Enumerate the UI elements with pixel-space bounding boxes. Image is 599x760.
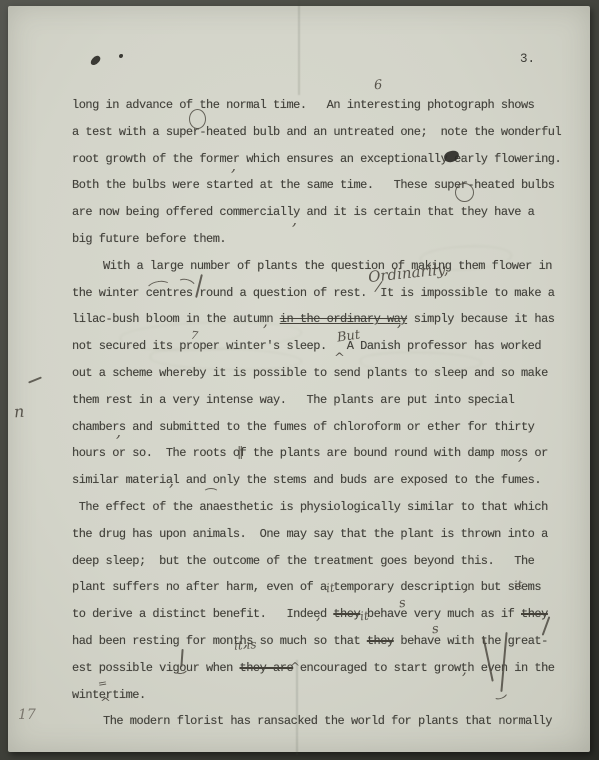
typed-text: behave with the great- <box>394 634 548 648</box>
typed-text: long in advance of the normal time. An i… <box>72 98 534 112</box>
typed-text: simply because it has <box>407 312 554 326</box>
typed-text: the winter centres round a question of r… <box>72 286 554 300</box>
typed-line: lilac-bush bloom in the autumn in the or… <box>72 306 592 333</box>
typed-text: out a scheme whereby it is possible to s… <box>72 366 548 380</box>
typed-line: Both the bulbs were started at the same … <box>72 172 592 199</box>
typed-line: wintertime. <box>72 682 592 709</box>
typed-line: With a large number of plants the questi… <box>72 253 592 280</box>
struck-text: they <box>367 634 394 648</box>
typed-line: the drug has upon animals. One may say t… <box>72 521 592 548</box>
typed-text: lilac-bush bloom in the autumn <box>72 312 280 326</box>
typed-text: to derive a distinct benefit. Indeed <box>72 607 333 621</box>
typed-line: them rest in a very intense way. The pla… <box>72 387 592 414</box>
typed-text: a test with a super-heated bulb and an u… <box>72 125 561 139</box>
typed-line: to derive a distinct benefit. Indeed the… <box>72 601 592 628</box>
typed-text: hours or so. The roots of the plants are… <box>72 446 548 460</box>
typed-line: chambers and submitted to the fumes of c… <box>72 414 592 441</box>
typed-line: est possible vigour when they are encour… <box>72 655 592 682</box>
typed-text: est possible vigour when <box>72 661 240 675</box>
typed-line: a test with a super-heated bulb and an u… <box>72 119 592 146</box>
struck-text: they are <box>240 661 294 675</box>
typed-text: wintertime. <box>72 688 146 702</box>
typed-text: Both the bulbs were started at the same … <box>72 178 554 192</box>
typed-text: The effect of the anaesthetic is physiol… <box>72 500 548 514</box>
page-number: 3. <box>520 52 535 66</box>
struck-text: in the ordinary way <box>280 312 407 326</box>
typed-line: hours or so. The roots of the plants are… <box>72 440 592 467</box>
typed-text: plant suffers no after harm, even of a t… <box>72 580 541 594</box>
typed-line: not secured its proper winter's sleep. A… <box>72 333 592 360</box>
typed-text: had been resting for months so much so t… <box>72 634 367 648</box>
typed-text: encouraged to start growth even in the <box>293 661 554 675</box>
typed-text: behave very much as if <box>360 607 521 621</box>
typed-line: root growth of the former which ensures … <box>72 146 592 173</box>
typed-text: the drug has upon animals. One may say t… <box>72 527 548 541</box>
typed-line: The effect of the anaesthetic is physiol… <box>72 494 592 521</box>
typed-line: had been resting for months so much so t… <box>72 628 592 655</box>
typed-text: not secured its proper winter's sleep. A… <box>72 339 541 353</box>
typed-text: The modern florist has ransacked the wor… <box>103 714 552 728</box>
typed-line: plant suffers no after harm, even of a t… <box>72 574 592 601</box>
typescript-body: long in advance of the normal time. An i… <box>72 92 592 735</box>
typed-text: similar material and only the stems and … <box>72 473 541 487</box>
typed-text: deep sleep; but the outcome of the treat… <box>72 554 534 568</box>
typed-text: big future before them. <box>72 232 226 246</box>
typed-line: deep sleep; but the outcome of the treat… <box>72 548 592 575</box>
typed-line: similar material and only the stems and … <box>72 467 592 494</box>
typed-line: big future before them. <box>72 226 592 253</box>
typed-line: long in advance of the normal time. An i… <box>72 92 592 119</box>
typed-line: are now being offered commercially and i… <box>72 199 592 226</box>
struck-text: they <box>333 607 360 621</box>
typed-text: chambers and submitted to the fumes of c… <box>72 420 534 434</box>
typed-text: are now being offered commercially and i… <box>72 205 534 219</box>
typed-line: The modern florist has ransacked the wor… <box>72 708 592 735</box>
typed-text: root growth of the former which ensures … <box>72 152 561 166</box>
typed-text: them rest in a very intense way. The pla… <box>72 393 514 407</box>
struck-text: they <box>521 607 548 621</box>
typed-text: With a large number of plants the questi… <box>103 259 552 273</box>
document-page: 3. long in advance of the normal time. A… <box>8 6 590 752</box>
typed-line: out a scheme whereby it is possible to s… <box>72 360 592 387</box>
typed-line: the winter centres round a question of r… <box>72 280 592 307</box>
